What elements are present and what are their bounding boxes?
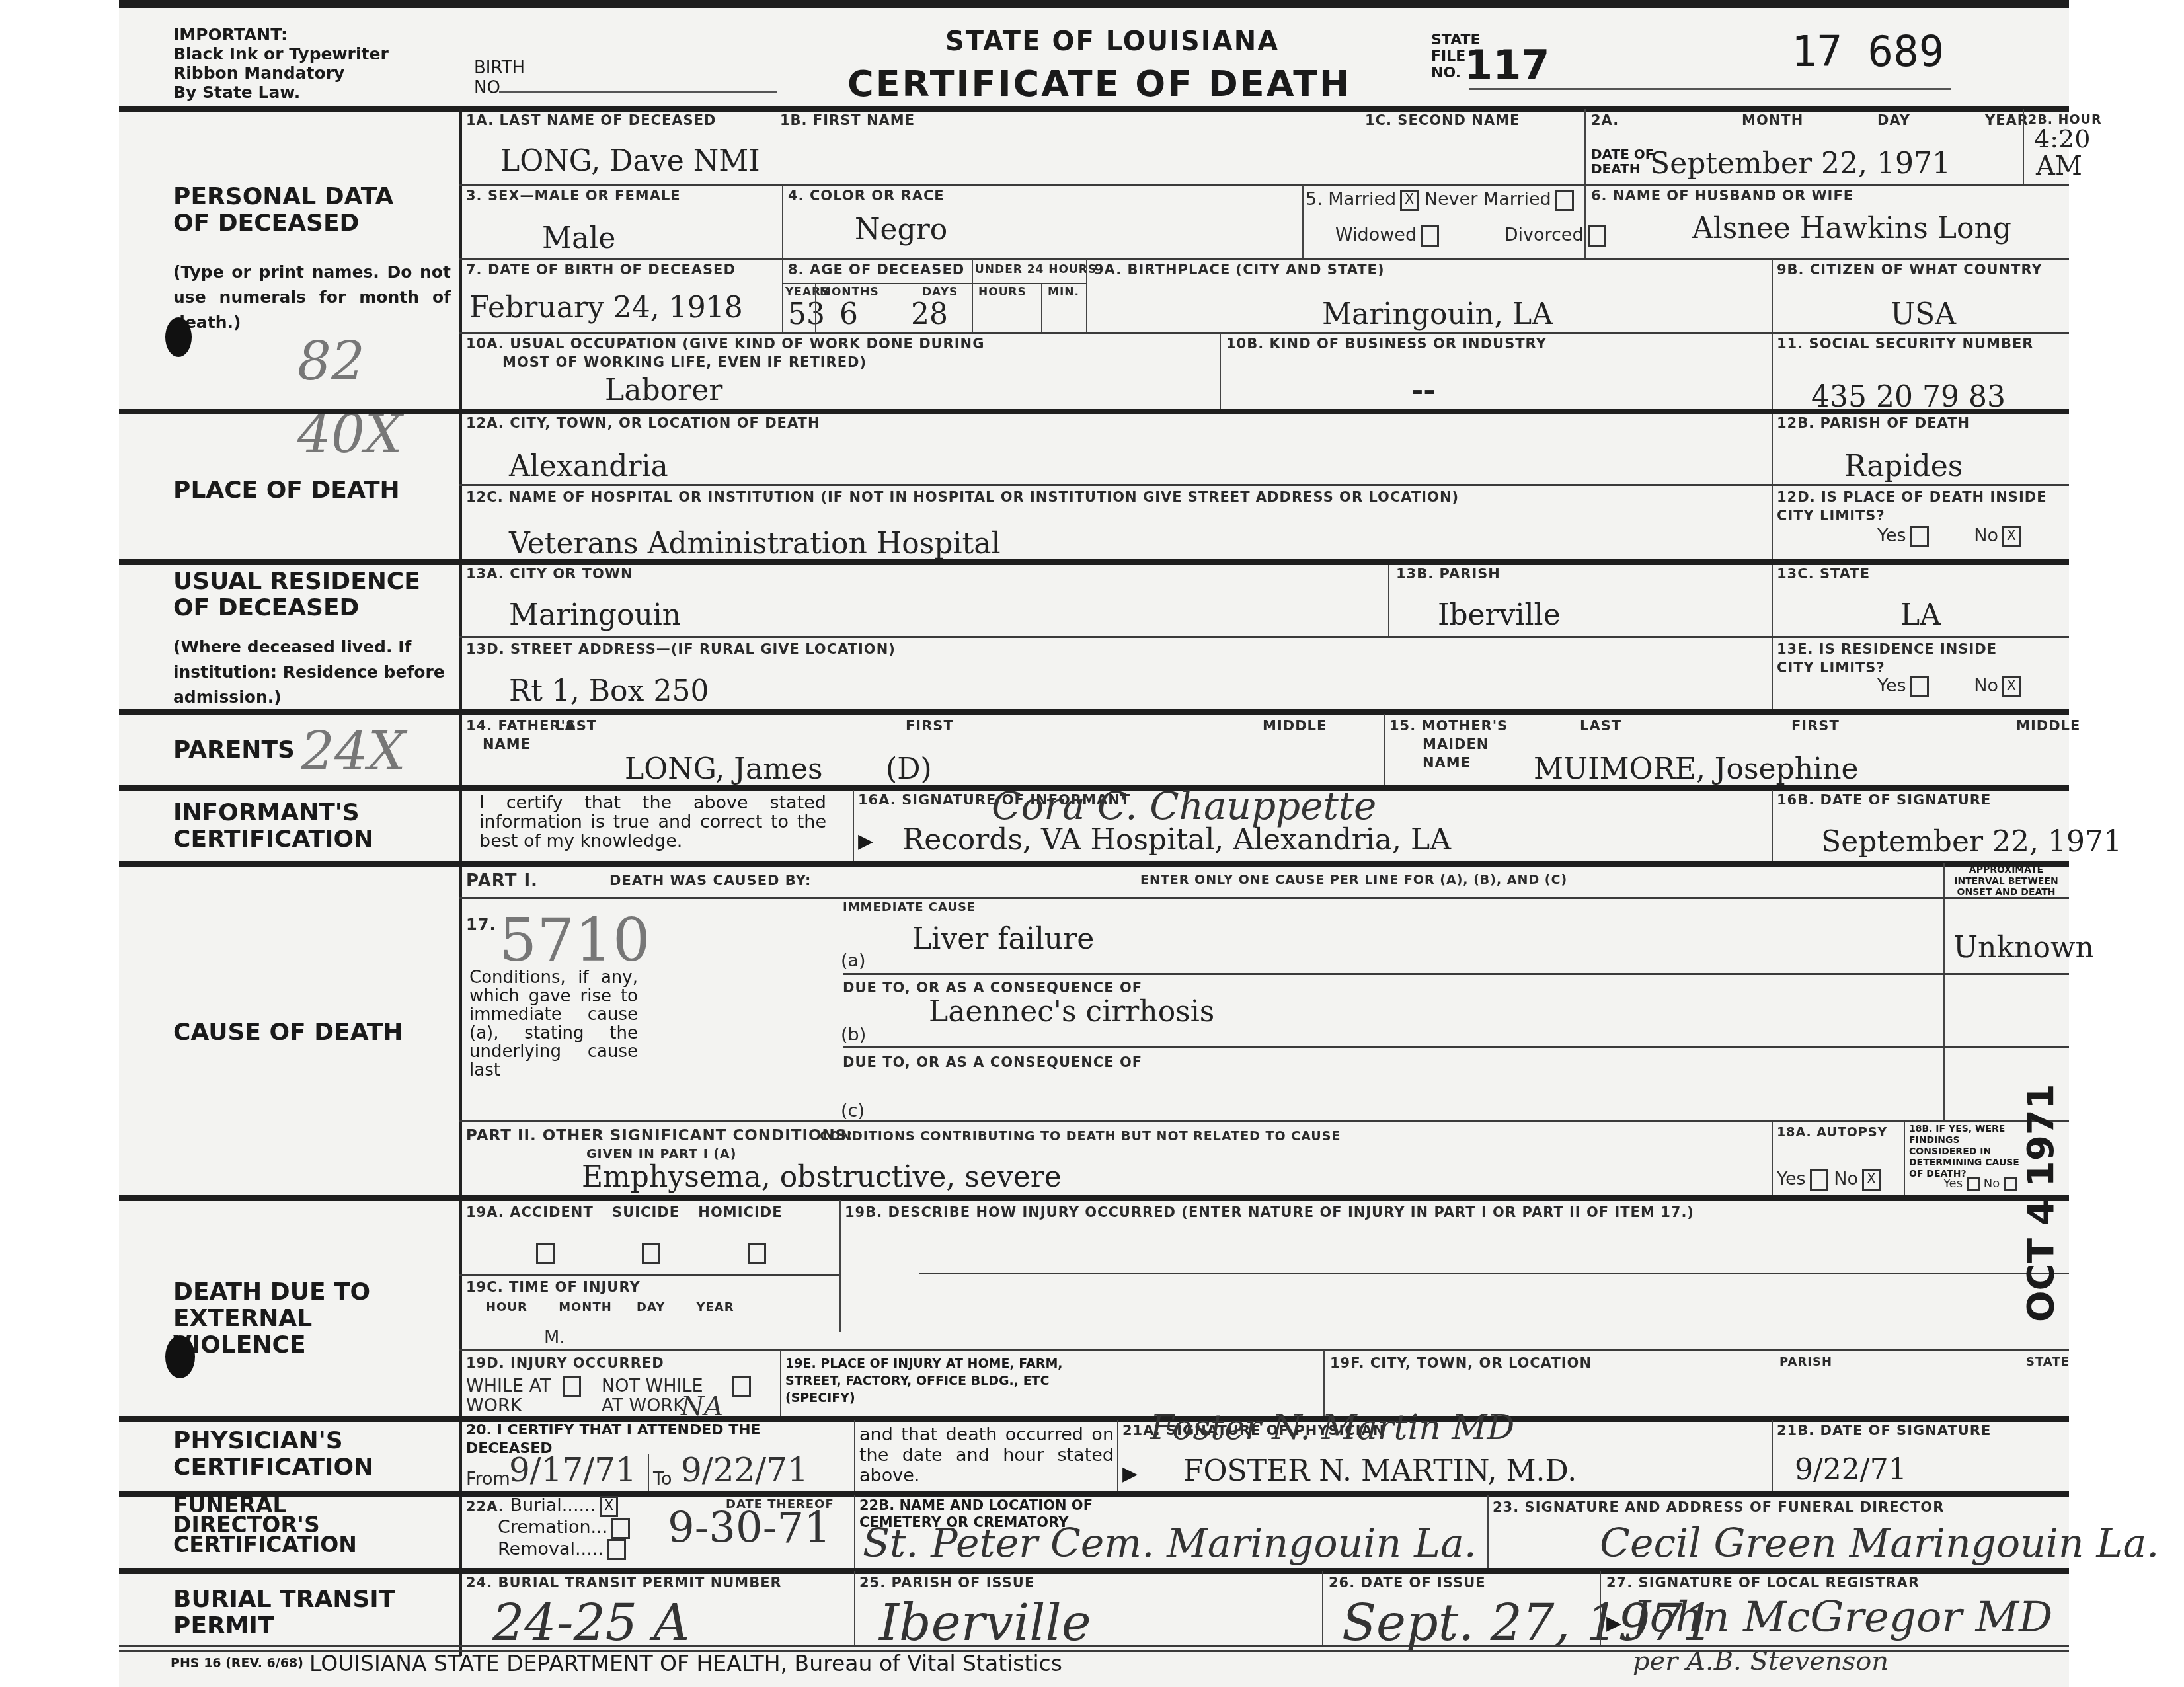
while-at-work-label: WHILE AT WORK: [466, 1376, 551, 1416]
field-label-19e: 19E. PLACE OF INJURY AT HOME, FARM, STRE…: [785, 1355, 1063, 1407]
section-informant: INFORMANT'S CERTIFICATION: [173, 800, 373, 853]
while-at-work-checkbox[interactable]: [559, 1376, 581, 1397]
day-label: DAY: [1877, 112, 1910, 128]
field-label-1b: 1B. FIRST NAME: [780, 112, 915, 128]
date-of-death-label: DATE OF DEATH: [1591, 147, 1654, 176]
informant-signature-date[interactable]: September 22, 1971: [1821, 825, 2122, 859]
divider: [1322, 1571, 1323, 1645]
city-limits-label: CITY LIMITS?: [1777, 660, 1885, 676]
cause-a-marker: (a): [841, 951, 866, 971]
birth-no-field[interactable]: [499, 91, 777, 93]
section-line: VIOLENCE: [173, 1332, 370, 1358]
cremation-label: Cremation...: [498, 1517, 607, 1538]
divider: [1384, 714, 1385, 787]
section-line: PERSONAL DATA: [173, 184, 393, 210]
not-while-at-work-checkbox[interactable]: [728, 1376, 751, 1397]
certificate-title: CERTIFICATE OF DEATH: [847, 63, 1351, 104]
rule: [843, 1046, 2069, 1048]
field-label-19f: 19F. CITY, TOWN, OR LOCATION: [1330, 1355, 1592, 1371]
divider: [1041, 284, 1042, 332]
rule: [459, 1349, 2069, 1351]
death-city[interactable]: Alexandria: [509, 450, 668, 483]
never-married-label: Never Married: [1424, 189, 1551, 210]
cremation-checkbox[interactable]: [611, 1518, 630, 1539]
attended-from-date[interactable]: 9/17/71: [509, 1451, 637, 1489]
age-days[interactable]: 28: [911, 297, 948, 331]
field-label-9b: 9B. CITIZEN OF WHAT COUNTRY: [1777, 262, 2043, 278]
field-label-10b: 10B. KIND OF BUSINESS OR INDUSTRY: [1226, 336, 1547, 352]
field-label-19a: 19A. ACCIDENT SUICIDE HOMICIDE: [466, 1204, 783, 1220]
divider: [839, 1200, 841, 1332]
first-label: FIRST: [1791, 718, 1840, 734]
field-label-26: 26. DATE OF ISSUE: [1329, 1575, 1486, 1590]
physician-signature[interactable]: Foster N. Martin MD: [1150, 1408, 1514, 1448]
field-label-12d: 12D. IS PLACE OF DEATH INSIDE: [1777, 489, 2047, 505]
no-checkbox[interactable]: X: [2002, 676, 2021, 697]
rule: [843, 973, 2069, 975]
field-label-6: 6. NAME OF HUSBAND OR WIFE: [1591, 188, 1853, 204]
inside-city-limits-residence: Yes NoX: [1877, 676, 2021, 697]
rule: [919, 1273, 2069, 1274]
section-parents: PARENTS: [173, 737, 295, 764]
rule: [119, 1195, 2069, 1201]
divider: [1772, 259, 1773, 411]
yes-label: Yes: [1877, 526, 1906, 546]
field-label-13e: 13E. IS RESIDENCE INSIDE: [1777, 641, 1997, 657]
field-label-18a: 18A. AUTOPSY: [1777, 1125, 1887, 1140]
divider: [648, 1454, 649, 1494]
section-line: USUAL RESIDENCE: [173, 569, 420, 595]
due-to-label: DUE TO, OR AS A CONSEQUENCE OF: [843, 980, 1142, 996]
rule: [459, 184, 2069, 186]
death-caused-by-label: DEATH WAS CAUSED BY:: [609, 873, 811, 888]
field-label-10a: 10A. USUAL OCCUPATION (GIVE KIND OF WORK…: [466, 336, 984, 352]
autopsy-options: Yes NoX: [1777, 1169, 1881, 1191]
section-divider: [459, 109, 462, 1656]
field-label-8: 8. AGE OF DECEASED: [788, 262, 964, 278]
no-label: NO.: [474, 78, 525, 98]
divider: [782, 185, 783, 258]
divider: [1943, 863, 1945, 1120]
father-name-label: NAME: [483, 736, 531, 752]
city-limits-label: CITY LIMITS?: [1777, 508, 1885, 524]
burial-checkbox[interactable]: X: [600, 1496, 618, 1517]
section-usual-residence: USUAL RESIDENCE OF DECEASED: [173, 569, 420, 621]
widowed-label: Widowed: [1335, 225, 1417, 245]
no-label: No: [1974, 526, 1998, 546]
removal-checkbox[interactable]: [607, 1539, 626, 1560]
field-label-3: 3. SEX—MALE OR FEMALE: [466, 188, 681, 204]
death-statement: and that death occurred on the date and …: [859, 1425, 1114, 1486]
field-label-17: 17.: [466, 916, 496, 934]
state-file-underline: [1469, 88, 1951, 90]
field-label-1c: 1C. SECOND NAME: [1365, 112, 1520, 128]
no-label: No: [1984, 1177, 2000, 1191]
age-months[interactable]: 6: [839, 297, 858, 331]
am-pm[interactable]: AM: [2036, 151, 2082, 181]
spouse-name[interactable]: Alsnee Hawkins Long: [1692, 212, 2011, 245]
state-file-prefix: 117: [1464, 41, 1549, 89]
last-label: LAST: [1580, 718, 1621, 734]
margin-mark: 24X: [301, 721, 406, 782]
rule: [459, 332, 2069, 334]
cause-b-marker: (b): [841, 1025, 866, 1045]
burial-permit-number[interactable]: 24-25 A: [492, 1593, 689, 1652]
personal-note: (Type or print names. Do not use numeral…: [173, 260, 451, 335]
part-2-desc2: GIVEN IN PART I (A): [586, 1147, 736, 1161]
homicide-label: HOMICIDE: [698, 1204, 782, 1220]
cause-c-marker: (c): [841, 1101, 865, 1121]
divider: [1772, 414, 1773, 563]
age-years[interactable]: 53: [788, 297, 825, 331]
months-label: MONTHS: [820, 286, 879, 299]
section-personal-data: PERSONAL DATA OF DECEASED: [173, 184, 393, 237]
deceased-name[interactable]: LONG, Dave NMI: [500, 144, 760, 178]
informant-signature[interactable]: Cora C. Chauppette: [992, 783, 1376, 828]
findings-yes-checkbox[interactable]: [1967, 1177, 1980, 1191]
findings-no-checkbox[interactable]: [2004, 1177, 2017, 1191]
yes-checkbox[interactable]: [1910, 526, 1929, 547]
never-married-checkbox[interactable]: [1555, 190, 1574, 211]
residence-parish[interactable]: Iberville: [1438, 598, 1561, 632]
divider: [2023, 109, 2024, 185]
informant-address[interactable]: Records, VA Hospital, Alexandria, LA: [902, 823, 1451, 857]
street-address[interactable]: Rt 1, Box 250: [509, 674, 709, 708]
important-notice: IMPORTANT: Black Ink or Typewriter Ribbo…: [173, 25, 389, 102]
arrow-icon: ▶: [1606, 1612, 1621, 1635]
field-label-13d: 13D. STREET ADDRESS—(IF RURAL GIVE LOCAT…: [466, 641, 896, 657]
residence-note: (Where deceased lived. If institution: R…: [173, 635, 451, 710]
time-of-injury-columns: HOUR MONTH DAY YEAR: [486, 1300, 734, 1314]
parish-label: PARISH: [1779, 1355, 1832, 1369]
arrow-icon: ▶: [1122, 1462, 1138, 1485]
date-of-label: DATE OF: [1591, 147, 1654, 161]
field-label-1a: 1A. LAST NAME OF DECEASED: [466, 112, 717, 128]
divider: [1772, 1420, 1773, 1493]
residence-state[interactable]: LA: [1900, 598, 1941, 632]
to-label: To: [653, 1469, 672, 1489]
father-name[interactable]: LONG, James: [625, 752, 823, 786]
divider: [1904, 1122, 1905, 1196]
field-label-25: 25. PARISH OF ISSUE: [859, 1575, 1034, 1590]
name-label: NAME: [1423, 755, 1471, 771]
citizenship[interactable]: USA: [1891, 297, 1956, 331]
part-2-label: PART II. OTHER SIGNIFICANT CONDITIONS:: [466, 1127, 854, 1144]
rule: [119, 709, 2069, 715]
from-label: From: [466, 1469, 510, 1489]
autopsy-no-checkbox[interactable]: X: [1862, 1169, 1881, 1191]
yes-label: Yes: [1877, 676, 1906, 696]
divider: [1487, 1495, 1489, 1571]
yes-label: Yes: [1777, 1169, 1806, 1189]
industry[interactable]: --: [1411, 373, 1436, 407]
under-24-label: UNDER 24 HOURS: [975, 263, 1097, 276]
divider: [1302, 185, 1304, 258]
hour-of-death[interactable]: 4:20: [2034, 124, 2090, 153]
first-label: FIRST: [906, 718, 954, 734]
sex-value[interactable]: Male: [542, 221, 615, 255]
occupation[interactable]: Laborer: [605, 373, 722, 407]
cause-b[interactable]: Laennec's cirrhosis: [929, 995, 1214, 1029]
field-label-11: 11. SOCIAL SECURITY NUMBER: [1777, 336, 2033, 352]
findings-options: Yes No: [1943, 1177, 2017, 1191]
divider: [1388, 565, 1389, 637]
field-label-7: 7. DATE OF BIRTH OF DECEASED: [466, 262, 736, 278]
field-label-19b: 19B. DESCRIBE HOW INJURY OCCURRED (ENTER…: [845, 1204, 1694, 1220]
divider: [972, 259, 973, 332]
section-line: EXTERNAL: [173, 1306, 370, 1332]
autopsy-yes-checkbox[interactable]: [1810, 1169, 1828, 1191]
field-label-4: 4. COLOR OR RACE: [788, 188, 945, 204]
days-label: DAYS: [922, 286, 958, 299]
year-label: YEAR: [697, 1300, 734, 1314]
parish-of-issue[interactable]: Iberville: [879, 1593, 1091, 1652]
arrow-icon: ▶: [858, 830, 873, 853]
section-cause-of-death: CAUSE OF DEATH: [173, 1019, 403, 1046]
race-value[interactable]: Negro: [855, 213, 947, 247]
death-parish[interactable]: Rapides: [1844, 450, 1963, 483]
widowed-checkbox[interactable]: [1421, 225, 1439, 247]
hour-label: HOUR: [486, 1300, 527, 1314]
rule: [119, 861, 2069, 867]
field-label-23: 23. SIGNATURE AND ADDRESS OF FUNERAL DIR…: [1493, 1499, 1944, 1515]
field-label-10a-line2: MOST OF WORKING LIFE, EVEN IF RETIRED): [502, 354, 867, 370]
interval-a[interactable]: Unknown: [1953, 931, 2094, 964]
burial-label: Burial......: [510, 1495, 596, 1516]
divider: [1600, 1571, 1601, 1645]
divider: [782, 259, 783, 332]
divider: [1086, 259, 1087, 332]
birthplace[interactable]: Maringouin, LA: [1322, 297, 1553, 331]
middle-label: MIDDLE: [1263, 718, 1327, 734]
top-border: [119, 0, 2069, 8]
other-conditions[interactable]: Emphysema, obstructive, severe: [582, 1160, 1062, 1194]
hours-label: HOURS: [978, 286, 1027, 299]
field-label-19d: 19D. INJURY OCCURRED: [466, 1355, 664, 1371]
maiden-label: MAIDEN: [1423, 736, 1489, 752]
accident-label: ACCIDENT: [510, 1204, 594, 1220]
divider: [780, 1350, 781, 1416]
informant-certification-text: I certify that the above stated informat…: [479, 793, 826, 851]
received-date-stamp: OCT 4 1971: [2019, 1083, 2062, 1322]
section-funeral-director: FUNERAL DIRECTOR'S CERTIFICATION: [173, 1495, 357, 1555]
state-label: STATE: [2026, 1355, 2070, 1369]
divider: [854, 1420, 855, 1493]
physician-name[interactable]: FOSTER N. MARTIN, M.D.: [1183, 1454, 1577, 1488]
rule: [459, 897, 2069, 899]
divider: [1772, 565, 1773, 714]
cause-code: 5710: [499, 906, 650, 975]
field-label-21b: 21B. DATE OF SIGNATURE: [1777, 1423, 1991, 1438]
section-place-of-death: PLACE OF DEATH: [173, 477, 400, 504]
hospital-name[interactable]: Veterans Administration Hospital: [509, 527, 1001, 561]
rule: [459, 1120, 2069, 1122]
due-to-label: DUE TO, OR AS A CONSEQUENCE OF: [843, 1054, 1142, 1070]
field-label-12c: 12C. NAME OF HOSPITAL OR INSTITUTION (IF…: [466, 489, 1459, 505]
margin-mark: 82: [297, 331, 365, 392]
divorced-label: Divorced: [1504, 225, 1584, 245]
birth-label: BIRTH: [474, 58, 525, 78]
field-label-13a: 13A. CITY OR TOWN: [466, 566, 633, 582]
field-label-27: 27. SIGNATURE OF LOCAL REGISTRAR: [1606, 1575, 1920, 1590]
no-checkbox[interactable]: X: [2002, 526, 2021, 547]
section-physician: PHYSICIAN'S CERTIFICATION: [173, 1428, 373, 1481]
accident-checkbox[interactable]: [532, 1243, 555, 1264]
divorced-checkbox[interactable]: [1588, 225, 1606, 247]
month-label: MONTH: [559, 1300, 612, 1314]
death-certificate: IMPORTANT: Black Ink or Typewriter Ribbo…: [119, 0, 2069, 1687]
mother-maiden-name[interactable]: MUIMORE, Josephine: [1534, 752, 1859, 786]
no-label: No: [1974, 676, 1998, 696]
rule: [119, 1568, 2069, 1574]
married-checkbox[interactable]: X: [1400, 190, 1419, 211]
one-cause-instruction: ENTER ONLY ONE CAUSE PER LINE FOR (A), (…: [1140, 873, 1567, 887]
ink-blot: [165, 1335, 195, 1378]
rule: [459, 484, 2069, 486]
important-line: IMPORTANT:: [173, 25, 389, 44]
date-of-death[interactable]: September 22, 1971: [1650, 147, 1951, 180]
rule: [459, 1274, 839, 1276]
section-line: BURIAL TRANSIT: [173, 1587, 395, 1613]
disposition-date[interactable]: 9-30-71: [668, 1504, 831, 1553]
part-2-desc: CONDITIONS CONTRIBUTING TO DEATH BUT NOT…: [820, 1129, 1341, 1144]
divider: [1117, 1420, 1118, 1493]
no-label: No: [1834, 1169, 1858, 1189]
date-of-birth[interactable]: February 24, 1918: [469, 291, 743, 325]
field-label-24: 24. BURIAL TRANSIT PERMIT NUMBER: [466, 1575, 782, 1590]
label-19a-num: 19A.: [466, 1204, 504, 1220]
interval-label: APPROXIMATE INTERVAL BETWEEN ONSET AND D…: [1950, 865, 2062, 898]
local-registrar-signature[interactable]: John McGregor MD: [1633, 1593, 2052, 1642]
divider: [1772, 1122, 1773, 1196]
part-1-label: PART I.: [466, 871, 538, 891]
field-label-9a: 9A. BIRTHPLACE (CITY AND STATE): [1094, 262, 1385, 278]
rule: [119, 1645, 2069, 1647]
section-external-violence: DEATH DUE TO EXTERNAL VIOLENCE: [173, 1279, 370, 1358]
section-line: PHYSICIAN'S: [173, 1428, 373, 1454]
field-label-12b: 12B. PARISH OF DEATH: [1777, 415, 1970, 431]
field-label-2a: 2A.: [1591, 112, 1619, 128]
disposition-options: 22A. Burial......X Cremation... Removal.…: [466, 1495, 630, 1560]
section-burial-transit: BURIAL TRANSIT PERMIT: [173, 1587, 395, 1639]
removal-label: Removal.....: [498, 1539, 604, 1559]
rule: [119, 409, 2069, 414]
divider: [1584, 185, 1586, 258]
ink-blot: [165, 317, 192, 357]
divider: [854, 1571, 855, 1645]
field-label-13b: 13B. PARISH: [1396, 566, 1501, 582]
section-line: OF DECEASED: [173, 210, 393, 237]
field-label-19c: 19C. TIME OF INJURY: [466, 1279, 641, 1295]
am-pm-marker: M.: [544, 1327, 565, 1348]
immediate-cause-label: IMMEDIATE CAUSE: [843, 900, 976, 914]
married-label: Married: [1328, 189, 1396, 210]
form-number: PHS 16 (REV. 6/68): [171, 1656, 303, 1670]
rule: [119, 1416, 2069, 1422]
field-label-22a: 22A.: [466, 1499, 504, 1514]
section-line: CERTIFICATION: [173, 1454, 373, 1481]
min-label: MIN.: [1048, 286, 1079, 299]
conditions-note: Conditions, if any, which gave rise to i…: [469, 968, 638, 1079]
suicide-checkbox[interactable]: [638, 1243, 660, 1264]
divider: [815, 284, 816, 332]
yes-checkbox[interactable]: [1910, 676, 1929, 697]
divider: [1584, 109, 1586, 185]
month-label: MONTH: [1742, 112, 1803, 128]
father-middle[interactable]: (D): [886, 752, 932, 786]
attended-to-date[interactable]: 9/22/71: [681, 1451, 808, 1489]
divider: [1772, 790, 1773, 861]
divider: [1220, 333, 1221, 411]
rule: [119, 559, 2069, 565]
physician-signature-date[interactable]: 9/22/71: [1795, 1453, 1907, 1487]
rule: [782, 283, 1086, 284]
marital-status-row2: Widowed Divorced: [1335, 225, 1606, 247]
field-label-15: 15. MOTHER'S: [1389, 718, 1508, 734]
issuing-department: LOUISIANA STATE DEPARTMENT OF HEALTH, Bu…: [309, 1651, 1062, 1676]
yes-label: Yes: [1943, 1177, 1963, 1191]
divider: [854, 1495, 855, 1571]
cemetery-name[interactable]: St. Peter Cem. Maringouin La.: [863, 1520, 1477, 1567]
divider: [853, 790, 854, 861]
field-label-12a: 12A. CITY, TOWN, OR LOCATION OF DEATH: [466, 415, 820, 431]
section-line: PERMIT: [173, 1613, 395, 1639]
homicide-checkbox[interactable]: [744, 1243, 766, 1264]
field-label-13c: 13C. STATE: [1777, 566, 1870, 582]
state-file-number: 17 689: [1791, 28, 1944, 77]
marital-status: 5. MarriedX Never Married: [1306, 189, 1574, 211]
day-label: DAY: [637, 1300, 665, 1314]
state-title: STATE OF LOUISIANA: [945, 26, 1279, 57]
cause-a[interactable]: Liver failure: [912, 922, 1094, 956]
inside-city-limits-death: Yes NoX: [1877, 526, 2021, 547]
middle-label: MIDDLE: [2016, 718, 2080, 734]
divider: [1323, 1350, 1325, 1416]
rule: [459, 636, 2069, 638]
section-line: OF DECEASED: [173, 595, 420, 621]
death-label: DEATH: [1591, 161, 1654, 176]
field-label-18b: 18B. IF YES, WERE FINDINGS CONSIDERED IN…: [1909, 1124, 2028, 1180]
field-label-16b: 16B. DATE OF SIGNATURE: [1777, 792, 1991, 808]
section-line: CERTIFICATION: [173, 1535, 357, 1555]
important-line: Ribbon Mandatory: [173, 63, 389, 83]
field-label-5: 5.: [1306, 189, 1323, 210]
last-label: LAST: [555, 718, 597, 734]
residence-city[interactable]: Maringouin: [509, 598, 681, 632]
suicide-label: SUICIDE: [612, 1204, 680, 1220]
important-line: By State Law.: [173, 83, 389, 102]
funeral-director-signature[interactable]: Cecil Green Maringouin La.: [1600, 1520, 2159, 1567]
rule: [459, 258, 2069, 260]
section-line: INFORMANT'S: [173, 800, 373, 826]
important-line: Black Ink or Typewriter: [173, 44, 389, 63]
rule: [119, 106, 2069, 112]
section-line: CERTIFICATION: [173, 826, 373, 853]
section-line: DEATH DUE TO: [173, 1279, 370, 1306]
